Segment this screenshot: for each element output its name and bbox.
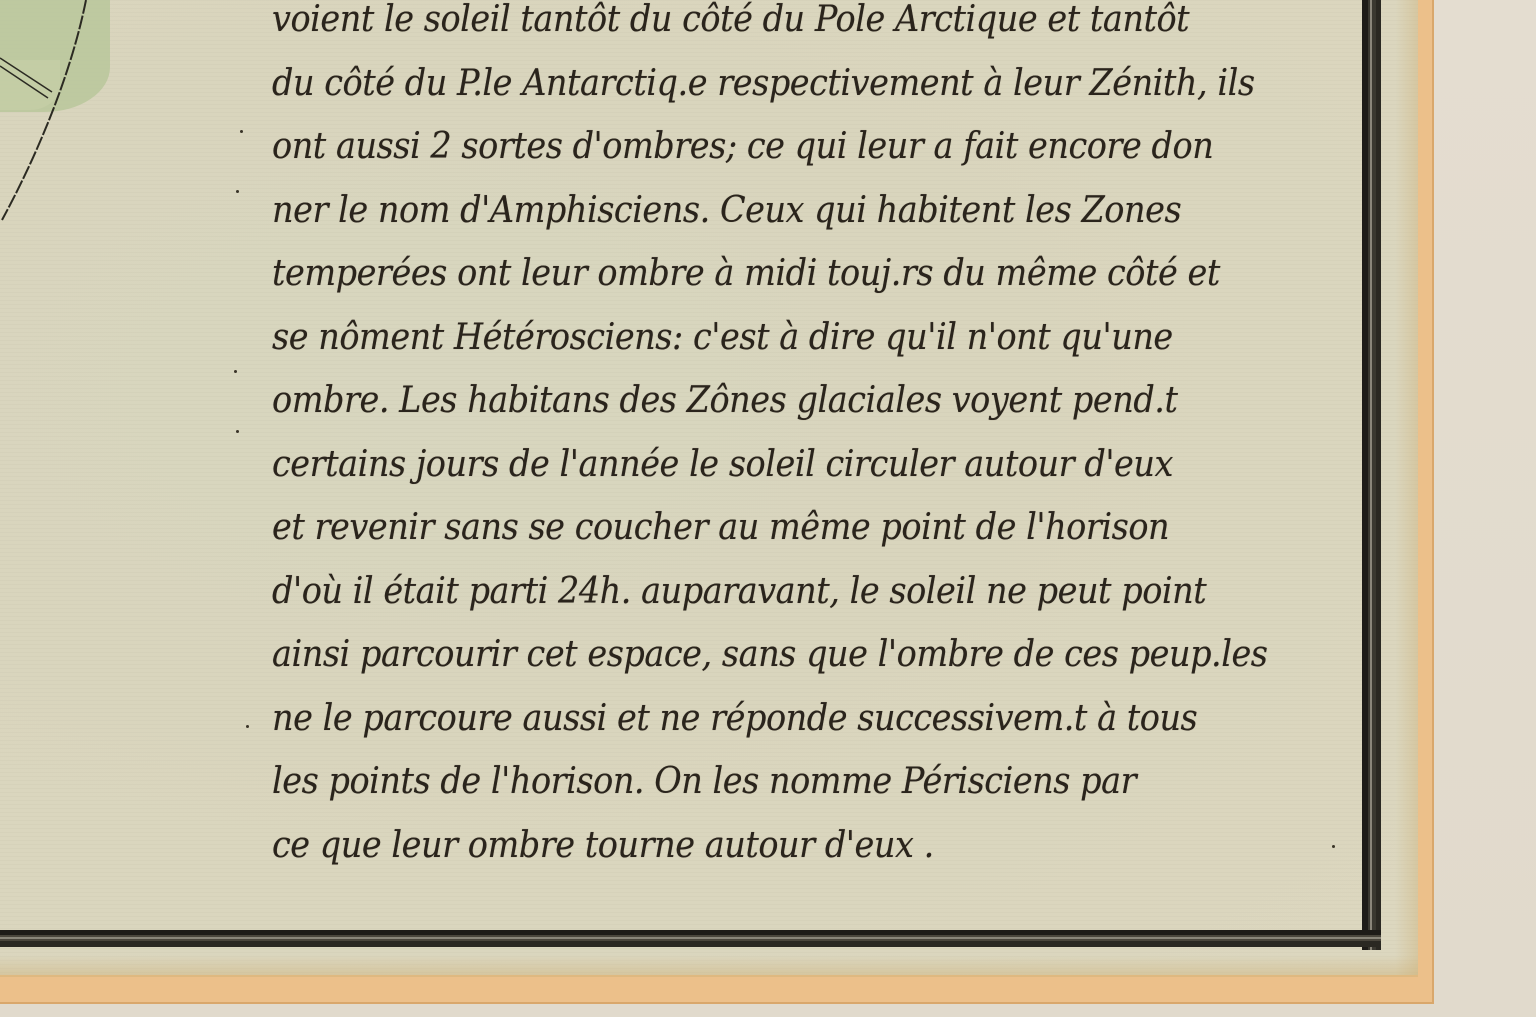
text-line: ner le nom d'Amphisciens. Ceux qui habit… xyxy=(272,179,1286,243)
engraved-border-bottom xyxy=(0,930,1381,947)
ink-speck xyxy=(236,190,239,193)
paper-edge-shadow-right xyxy=(1395,0,1418,975)
ink-speck xyxy=(236,430,239,433)
map-meridian-lines xyxy=(0,0,120,240)
ink-speck xyxy=(246,725,249,728)
text-line: ont aussi 2 sortes d'ombres; ce qui leur… xyxy=(272,115,1286,179)
text-line: d'où il était parti 24h. auparavant, le … xyxy=(272,560,1286,624)
text-line: ainsi parcourir cet espace, sans que l'o… xyxy=(272,623,1286,687)
text-line: certains jours de l'année le soleil circ… xyxy=(272,433,1286,497)
text-line: voient le soleil tantôt du côté du Pole … xyxy=(272,0,1286,52)
engraved-text: voient le soleil tantôt du côté du Pole … xyxy=(272,0,1362,877)
ink-speck xyxy=(234,370,237,373)
engraved-border-right xyxy=(1362,0,1381,950)
text-line: ombre. Les habitans des Zônes glaciales … xyxy=(272,369,1286,433)
text-line: ne le parcoure aussi et ne réponde succe… xyxy=(272,687,1286,751)
ink-speck xyxy=(1332,845,1335,848)
text-line: du côté du P.le Antarctiq.e respectiveme… xyxy=(272,52,1286,116)
text-line: se nôment Hétérosciens: c'est à dire qu'… xyxy=(272,306,1286,370)
ink-speck xyxy=(240,130,243,133)
print-paper: voient le soleil tantôt du côté du Pole … xyxy=(0,0,1418,975)
text-line: les points de l'horison. On les nomme Pé… xyxy=(272,750,1286,814)
text-line: ce que leur ombre tourne autour d'eux . xyxy=(272,814,1286,878)
paper-edge-shadow-bottom xyxy=(0,955,1418,977)
text-line: temperées ont leur ombre à midi touj.rs … xyxy=(272,242,1286,306)
text-line: et revenir sans se coucher au même point… xyxy=(272,496,1286,560)
